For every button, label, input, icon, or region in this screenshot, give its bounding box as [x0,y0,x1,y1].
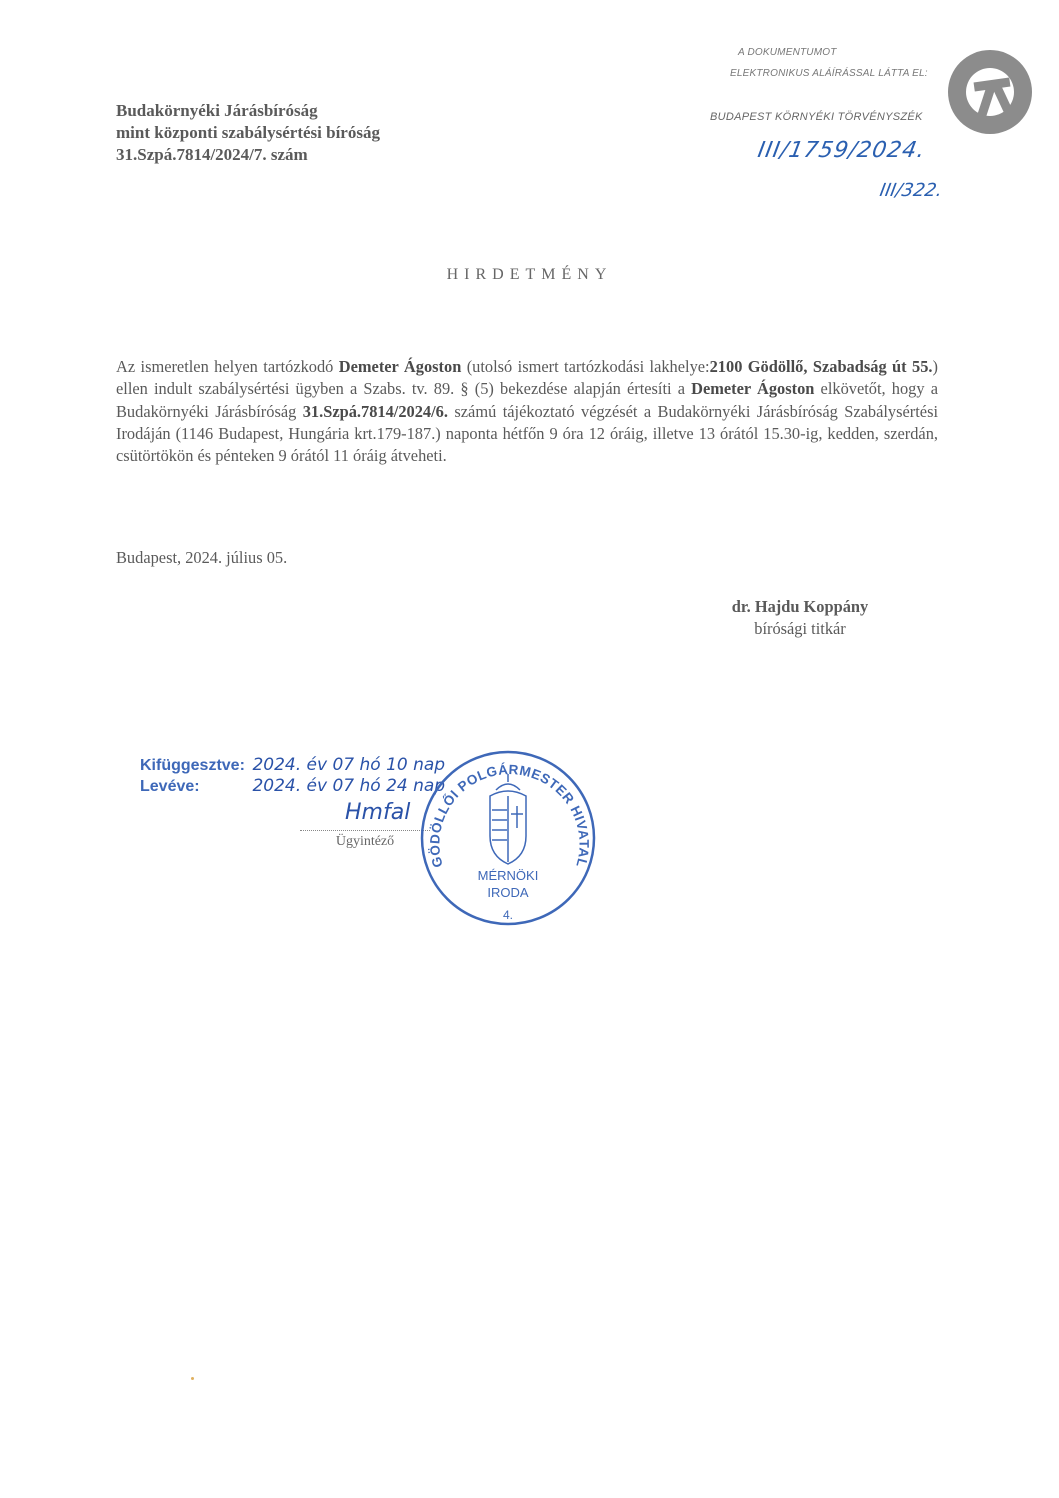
case-number: 31.Szpá.7814/2024/7. szám [116,144,380,166]
signer-title: bírósági titkár [690,618,910,640]
court-name: Budakörnyéki Járásbíróság [116,100,380,122]
last-known-address: 2100 Gödöllő, Szabadság út 55. [710,357,933,376]
handwritten-reference-1: III/1759/2024. [756,138,928,163]
scan-speck [191,1377,194,1380]
removed-label: Levéve: [140,778,248,796]
svg-text:GÖDÖLLŐI POLGÁRMESTER HIVATAL: GÖDÖLLŐI POLGÁRMESTER HIVATAL [427,762,591,869]
handwritten-reference-2: III/322. [878,180,944,201]
signer-name: dr. Hajdu Koppány [690,596,910,618]
body-text-2: (utolsó ismert tartózkodási lakhelye: [461,357,709,376]
signer-block: dr. Hajdu Koppány bírósági titkár [690,596,910,640]
offender-name-2: Demeter Ágoston [691,379,814,398]
court-header: Budakörnyéki Járásbíróság mint központi … [116,100,380,166]
stamp-line-2: IRODA [418,885,598,900]
removed-date: 2024. év 07 hó 24 nap [252,776,445,796]
esign-court: BUDAPEST KÖRNYÉKI TÖRVÉNYSZÉK [710,111,923,123]
coat-of-arms-icon [490,774,526,864]
document-date: Budapest, 2024. július 05. [116,548,287,568]
notice-body: Az ismeretlen helyen tartózkodó Demeter … [116,356,938,467]
esign-line-2: ELEKTRONIKUS ALÁÍRÁSSAL LÁTTA EL: [730,68,928,79]
office-stamp-ring-icon: GÖDÖLLŐI POLGÁRMESTER HIVATAL [418,748,598,928]
clerk-signature: Hmfal [345,800,410,825]
office-stamp: GÖDÖLLŐI POLGÁRMESTER HIVATAL MÉRNÖKI IR… [418,748,598,928]
court-role: mint központi szabálysértési bíróság [116,122,380,144]
posted-date: 2024. év 07 hó 10 nap [252,755,445,775]
posted-label: Kifüggesztve: [140,757,248,775]
body-text-1: Az ismeretlen helyen tartózkodó [116,357,339,376]
clerk-label: Ügyintéző [300,830,430,850]
document-title: HIRDETMÉNY [0,266,1059,284]
stamp-line-1: MÉRNÖKI [418,868,598,883]
esign-line-1: A DOKUMENTUMOT [738,47,837,58]
stamp-number: 4. [418,908,598,922]
court-logo-icon [948,50,1032,134]
offender-name: Demeter Ágoston [339,357,462,376]
referenced-case-number: 31.Szpá.7814/2024/6. [303,402,448,421]
